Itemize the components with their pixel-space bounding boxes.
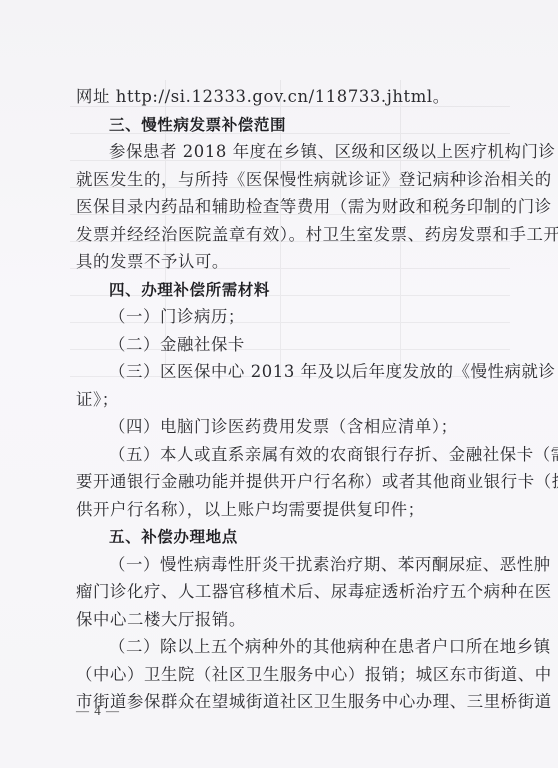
- section-heading-3: 三、慢性病发票补偿范围: [76, 115, 478, 135]
- list-item: （三）区医保中心 2013 年及以后年度发放的《慢性病就诊: [76, 362, 478, 382]
- list-item-continuation: （中心）卫生院（社区卫生服务中心）报销；城区东市街道、中: [76, 665, 478, 685]
- paragraph-line: 就医发生的，与所持《医保慢性病就诊证》登记病种诊治相关的: [76, 170, 478, 190]
- list-item-continuation: 供开户行名称），以上账户均需要提供复印件；: [76, 500, 478, 520]
- page-number: — 4 —: [76, 703, 120, 719]
- list-item: （五）本人或直系亲属有效的农商银行存折、金融社保卡（需: [76, 445, 478, 465]
- list-item: （四）电脑门诊医药费用发票（含相应清单）；: [76, 417, 478, 437]
- list-item: （二）金融社保卡: [76, 335, 478, 355]
- paragraph-line: 参保患者 2018 年度在乡镇、区级和区级以上医疗机构门诊: [76, 142, 478, 162]
- list-item-continuation: 市街道参保群众在望城街道社区卫生服务中心办理、三里桥街道: [76, 692, 478, 712]
- list-item-continuation: 保中心二楼大厅报销。: [76, 610, 478, 630]
- list-item: （一）慢性病毒性肝炎干扰素治疗期、苯丙酮尿症、恶性肿: [76, 555, 478, 575]
- document-page: 网址 http://si.12333.gov.cn/118733.jhtml。 …: [0, 0, 558, 768]
- list-item: （一）门诊病历；: [76, 307, 478, 327]
- paragraph-line: 医保目录内药品和辅助检查等费用（需为财政和税务印制的门诊: [76, 197, 478, 217]
- url-line: 网址 http://si.12333.gov.cn/118733.jhtml。: [76, 87, 478, 107]
- section-heading-5: 五、补偿办理地点: [76, 527, 478, 547]
- list-item-continuation: 瘤门诊化疗、人工器官移植术后、尿毒症透析治疗五个病种在医: [76, 582, 478, 602]
- list-item-continuation: 要开通银行金融功能并提供开户行名称）或者其他商业银行卡（提: [76, 472, 478, 492]
- section-heading-4: 四、办理补偿所需材料: [76, 280, 478, 300]
- list-item: （二）除以上五个病种外的其他病种在患者户口所在地乡镇: [76, 637, 478, 657]
- paragraph-line: 发票并经经治医院盖章有效）。村卫生室发票、药房发票和手工开: [76, 225, 478, 245]
- paragraph-line: 具的发票不予认可。: [76, 252, 478, 272]
- list-item-continuation: 证》；: [76, 390, 478, 410]
